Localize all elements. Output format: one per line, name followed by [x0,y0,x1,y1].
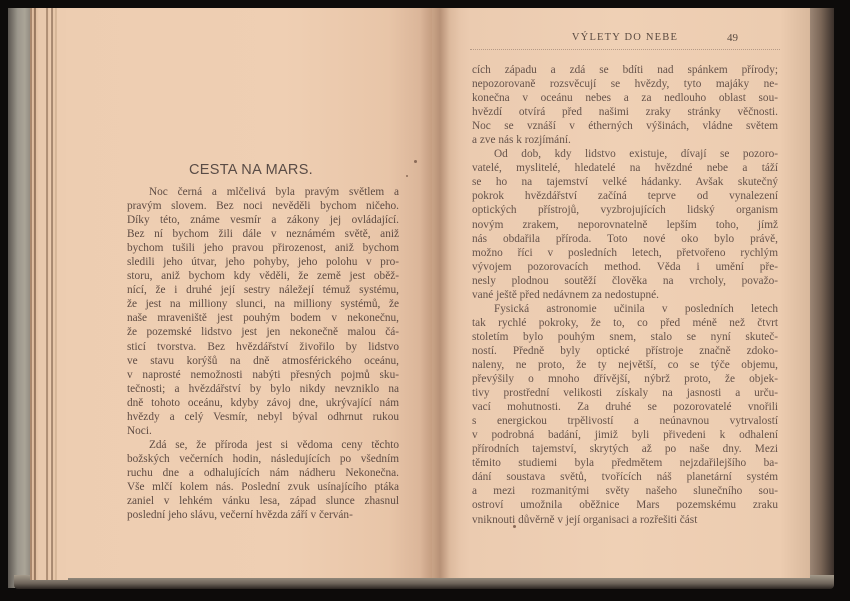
text-line: s energickou trpělivostí a neúnavnou vyt… [472,414,778,428]
text-line: převýšily o mnoho dřívější, nýbrž proto,… [472,372,778,386]
running-head-rule [470,49,780,50]
text-line: možno říci v posledních letech, přetvoře… [472,246,778,260]
text-line: hvězdy a celý Vesmír, nebyl býval odhrnu… [127,410,399,424]
text-line: naše mraveniště jest pouhým bodem v neko… [127,311,399,325]
text-line: se ho na tajemství velké hádanky. Avšak … [472,175,778,189]
text-line: Vše mlčí kolem nás. Poslední zvuk usínaj… [127,480,399,494]
text-line: dání soustava světů, tvořících náš plane… [472,470,778,484]
text-line: pravým slovem. Bez noci nevěděli bychom … [127,199,399,213]
text-line: konečna v oceánu nebes a za nedlouho obl… [472,91,778,105]
text-line: naleny, ne proto, že ty největší, co se … [472,358,778,372]
text-line: ruchu dne a odhalujících nám nádheru Nek… [127,466,399,480]
text-line: Noc černá a mlčelivá byla pravým světlem… [127,185,399,199]
paper-speck [414,160,417,163]
text-line: sledili jeho útvar, jeho pohyby, jeho po… [127,255,399,269]
text-line: a zve nás k rozjímání. [472,133,778,147]
text-line: vatelé, myslitelé, hledatelé na hvězdné … [472,161,778,175]
text-line: stoletím bylo pouhým snem, stalo se nyní… [472,330,778,344]
text-line: tak rychlé pokroky, že to, co před méně … [472,316,778,330]
open-book: CESTA NA MARS. Noc černá a mlčelivá byla… [0,0,850,601]
paper-speck [406,175,408,177]
text-line: nepozorovaně rozsvěcují se hvězdy, tyto … [472,77,778,91]
text-line: Fysická astronomie učinila v posledních … [472,302,778,316]
text-line: a mezi rozmanitými světy našeho sluneční… [472,484,778,498]
text-line: ve stavu korýšů na dně atmosférického oc… [127,354,399,368]
text-line: v naprosté nemožnosti nabýti přesných po… [127,368,399,382]
text-line: Díky této, známe vesmír a zákony jej ovl… [127,213,399,227]
text-line: novým zrakem, neporovnatelně lepším toho… [472,218,778,232]
text-line: nesly plodnou soutěží člověka na vrcholy… [472,274,778,288]
text-line: vývojem pozorovacích method. Věda i uměn… [472,260,778,274]
left-page-body-text: Noc černá a mlčelivá byla pravým světlem… [127,185,399,522]
text-line: ostroví umožnila oběžnice Mars pozemském… [472,498,778,512]
text-line: vací mohutnosti. Za druhé se pozorovatel… [472,400,778,414]
text-line: zaniel v lehkém vánku lesa, západ slunce… [127,494,399,508]
text-line: Bez ní bychom žili dále v neznámém světě… [127,227,399,241]
text-line: cích západu a zdá se bdíti nad spánkem p… [472,63,778,77]
text-line: hvězdí otvírá před našimi zraky stránky … [472,105,778,119]
text-line: tečnosti; a hvězdářství by bylo nikdy ne… [127,382,399,396]
text-line: storu, aniž bychom kdy věděli, že země j… [127,269,399,283]
text-line: že pozemské lidstvo jest jen nekonečně m… [127,325,399,339]
page-number: 49 [727,32,738,44]
text-line: že jest na milliony slunci, na milliony … [127,297,399,311]
book-gutter [420,8,460,578]
text-line: optických přístrojů, vyzbrojujících lids… [472,203,778,217]
text-line: Od dob, kdy lidstvo existuje, dívají se … [472,147,778,161]
text-line: tivy prostřední velikosti získaly na jas… [472,386,778,400]
text-line: nící, že i druhé její sestry náležejí té… [127,283,399,297]
text-line: dně tohoto oceánu, kdyby závoj dne, ukrý… [127,396,399,410]
chapter-title: CESTA NA MARS. [126,162,376,178]
text-line: vané ještě před nedávnem za nedostupné. [472,288,778,302]
text-line: Zdá se, že příroda jest si vědoma ceny t… [127,438,399,452]
running-head: VÝLETY DO NEBE [545,32,705,43]
text-line: vniknouti důvěrně v její organisaci a ro… [472,513,778,527]
book-cover-left-edge [8,8,32,588]
right-page-body-text: cích západu a zdá se bdíti nad spánkem p… [472,63,778,527]
text-line: přírodních tajemství, skrytých až po naš… [472,442,778,456]
text-line: sticí tvorstva. Bez hvězdářství živořilo… [127,340,399,354]
text-line: pokrok hvězdářství začíná teprve od vyna… [472,189,778,203]
text-line: Noc se vznáší v étherných výšinách, vlád… [472,119,778,133]
text-line: těmito studiemi byla předmětem nejzdařil… [472,456,778,470]
text-line: nás obdařila příroda. Toto nové oko bylo… [472,232,778,246]
text-line: božských večerních hodin, následujících … [127,452,399,466]
text-line: Noci. [127,424,399,438]
paper-speck [513,525,516,528]
text-line: bychom tušili jeho pravou přirozenost, a… [127,241,399,255]
text-line: v podrobná badání, jimiž byli přivedeni … [472,428,778,442]
book-cover-right-edge [808,8,834,586]
page-stack-edges [30,8,68,580]
text-line: ností. Předně byly optické přístroje zna… [472,344,778,358]
text-line: poslední jeho slávu, večerní hvězda září… [127,508,399,522]
